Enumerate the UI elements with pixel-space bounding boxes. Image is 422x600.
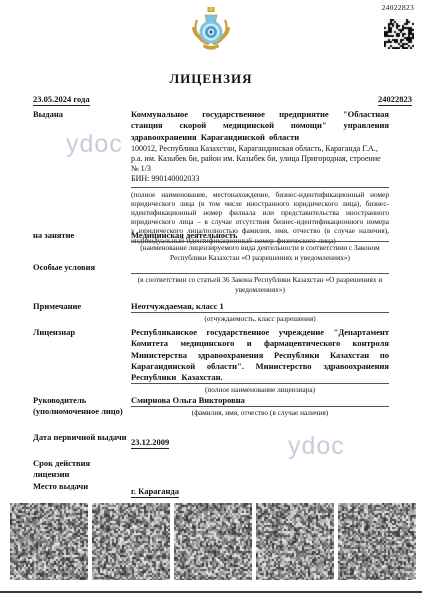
field-label: Срок действия лицензии: [33, 458, 103, 479]
note-value: Неотчуждаемая, класс 1: [131, 301, 389, 313]
field-label: Место выдачи: [33, 481, 131, 499]
head-name: Смирнова Ольга Викторовна: [131, 395, 389, 407]
licensor-value: Республиканское государственное учрежден…: [131, 327, 389, 384]
pixelated-stamp-icon: [256, 503, 334, 580]
licensee-address: 100012, Республика Казахстан, Карагандин…: [131, 144, 389, 174]
licensee-bin: БИН: 990140002033: [131, 174, 389, 184]
field-licensor: Лицензиар Республиканское государственно…: [33, 327, 389, 395]
field-issue-place: Место выдачи г. Караганда: [33, 481, 389, 499]
field-hint: (в соответствии со статьей 36 Закона Рес…: [131, 275, 389, 295]
field-label-line2: (уполномоченное лицо): [33, 406, 127, 417]
license-number: 24022823: [378, 94, 412, 106]
field-hint: (фамилия, имя, отчество (в случае наличи…: [131, 408, 389, 418]
field-special-conditions: Особые условия (в соответствии со статье…: [33, 262, 389, 295]
pixelated-stamp-icon: [10, 503, 88, 580]
field-label: Примечание: [33, 301, 131, 324]
field-note: Примечание Неотчуждаемая, класс 1 (отчуж…: [33, 301, 389, 324]
field-hint: (наименование лицензируемого вида деятел…: [131, 243, 389, 263]
document-title: ЛИЦЕНЗИЯ: [0, 71, 422, 87]
footer-divider: [0, 591, 422, 593]
issue-date: 23.05.2024 года: [33, 94, 90, 106]
validity-value: [103, 458, 389, 479]
field-hint: (отчуждаемость, класс разрешения): [131, 314, 389, 324]
pixelated-stamp-icon: [92, 503, 170, 580]
field-hint: (полное наименование лицензиара): [131, 385, 389, 395]
licensee-name: Коммунальное государственное предприятие…: [131, 109, 389, 143]
pixelated-stamp-icon: [338, 503, 416, 580]
stamp-row: [10, 503, 416, 580]
field-first-issue-date: Дата первичной выдачи 23.12.2009: [33, 432, 389, 450]
field-label: Лицензиар: [33, 327, 131, 395]
field-label: Руководитель: [33, 395, 127, 406]
field-label: на занятие: [33, 230, 131, 263]
license-document-page: 24022823 ЛИЦЕНЗИЯ 23.05.2024 года 240228…: [0, 0, 422, 600]
qr-code-icon: [384, 19, 414, 49]
first-issue-date-value: 23.12.2009: [131, 437, 169, 449]
date-number-row: 23.05.2024 года 24022823: [33, 94, 412, 106]
field-label: Особые условия: [33, 262, 131, 295]
special-conditions-value: [131, 262, 389, 274]
field-validity: Срок действия лицензии: [33, 458, 389, 479]
issue-place-value: г. Караганда: [131, 486, 179, 498]
kazakhstan-emblem-icon: [191, 6, 231, 53]
field-activity: на занятие Медицинская деятельность (наи…: [33, 230, 389, 263]
corner-document-number: 24022823: [382, 3, 414, 12]
field-issued-to: Выдана Коммунальное государственное пред…: [33, 109, 389, 245]
field-head: Руководитель (уполномоченное лицо) Смирн…: [33, 395, 389, 418]
activity-value: Медицинская деятельность: [131, 230, 389, 242]
pixelated-stamp-icon: [174, 503, 252, 580]
field-label: Дата первичной выдачи: [33, 432, 131, 450]
field-label: Выдана: [33, 109, 131, 245]
